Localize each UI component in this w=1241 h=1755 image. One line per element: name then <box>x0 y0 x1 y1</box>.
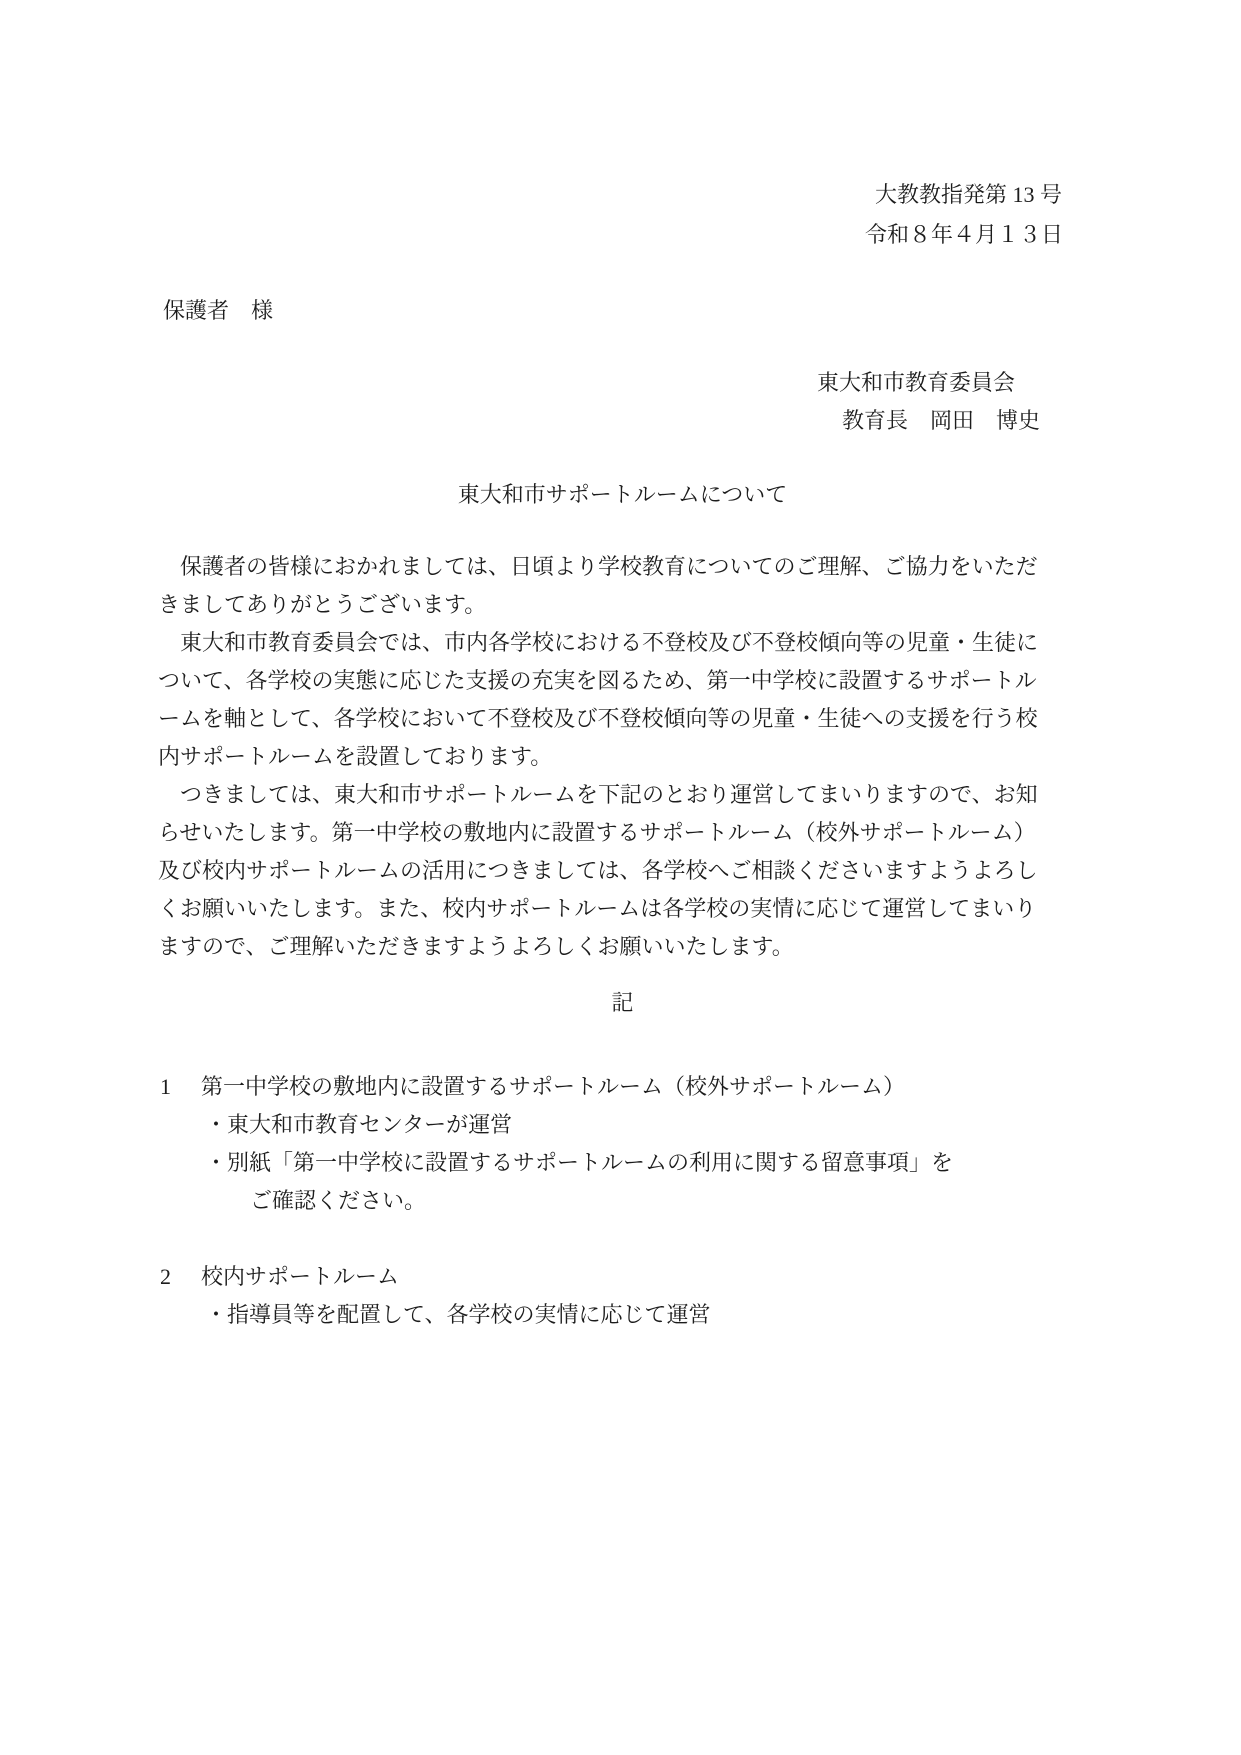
paragraph-3-line: ますので、ご理解いただきますようよろしくお願いいたします。 <box>158 928 1108 966</box>
list-item-2-number: 2 <box>160 1258 201 1296</box>
list-item-1-title: 第一中学校の敷地内に設置するサポートルーム（校外サポートルーム） <box>201 1074 905 1099</box>
bullet-item-continuation: ご確認ください。 <box>205 1182 1105 1220</box>
paragraph-3-line: らせいたします。第一中学校の敷地内に設置するサポートルーム（校外サポートルーム） <box>158 814 1108 852</box>
paragraph-1-line: 保護者の皆様におかれましては、日頃より学校教育についてのご理解、ご協力をいただ <box>158 548 1108 586</box>
paragraph-2-line: ついて、各学校の実態に応じた支援の充実を図るため、第一中学校に設置するサポートル <box>158 662 1108 700</box>
sender-organization: 東大和市教育委員会 <box>817 364 1015 402</box>
paragraph-3: つきましては、東大和市サポートルームを下記のとおり運営してまいりますので、お知 … <box>158 776 1108 966</box>
list-item-1-bullets: ・東大和市教育センターが運営 ・別紙「第一中学校に設置するサポートルームの利用に… <box>205 1106 1105 1220</box>
paragraph-2-line: 内サポートルームを設置しております。 <box>158 738 1108 776</box>
paragraph-1-line: きましてありがとうございます。 <box>158 586 1108 624</box>
sender-person: 教育長 岡田 博史 <box>842 402 1040 440</box>
addressee: 保護者 様 <box>163 292 273 330</box>
document-date: 令和８年４月１３日 <box>865 216 1063 254</box>
paragraph-3-line: くお願いいたします。また、校内サポートルームは各学校の実情に応じて運営してまいり <box>158 890 1108 928</box>
document-title: 東大和市サポートルームについて <box>160 476 1085 514</box>
bullet-item: ・別紙「第一中学校に設置するサポートルームの利用に関する留意事項」を <box>205 1144 1105 1182</box>
list-item-2-bullets: ・指導員等を配置して、各学校の実情に応じて運営 <box>205 1296 1105 1334</box>
record-marker: 記 <box>160 984 1085 1022</box>
paragraph-1: 保護者の皆様におかれましては、日頃より学校教育についてのご理解、ご協力をいただ … <box>158 548 1108 624</box>
list-item-1-heading: 1第一中学校の敷地内に設置するサポートルーム（校外サポートルーム） <box>160 1068 1110 1106</box>
paragraph-2: 東大和市教育委員会では、市内各学校における不登校及び不登校傾向等の児童・生徒に … <box>158 624 1108 776</box>
list-item-2-title: 校内サポートルーム <box>201 1264 399 1289</box>
paragraph-3-line: つきましては、東大和市サポートルームを下記のとおり運営してまいりますので、お知 <box>158 776 1108 814</box>
bullet-item: ・指導員等を配置して、各学校の実情に応じて運営 <box>205 1296 1105 1334</box>
list-item-2-heading: 2校内サポートルーム <box>160 1258 1110 1296</box>
paragraph-3-line: 及び校内サポートルームの活用につきましては、各学校へご相談くださいますようよろし <box>158 852 1108 890</box>
document-number: 大教教指発第 13 号 <box>875 176 1062 214</box>
paragraph-2-line: ームを軸として、各学校において不登校及び不登校傾向等の児童・生徒への支援を行う校 <box>158 700 1108 738</box>
bullet-item: ・東大和市教育センターが運営 <box>205 1106 1105 1144</box>
list-item-1-number: 1 <box>160 1068 201 1106</box>
letter-page: 大教教指発第 13 号 令和８年４月１３日 保護者 様 東大和市教育委員会 教育… <box>0 0 1241 1755</box>
paragraph-2-line: 東大和市教育委員会では、市内各学校における不登校及び不登校傾向等の児童・生徒に <box>158 624 1108 662</box>
